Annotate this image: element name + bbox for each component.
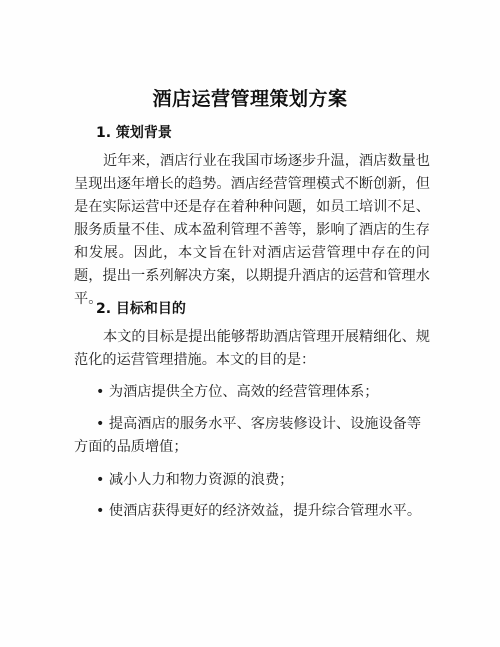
list-item: • 减小人力和物力资源的浪费； [74,469,430,492]
section-paragraph-goals: 本文的目标是提出能够帮助酒店管理开展精细化、规范化的运营管理措施。本文的目的是： [74,326,430,372]
document-page: 酒店运营管理策划方案 1. 策划背景 近年来，酒店行业在我国市场逐步升温，酒店数… [0,0,500,647]
section-paragraph-background: 近年来，酒店行业在我国市场逐步升温，酒店数量也呈现出逐年增长的趋势。酒店经营管理… [74,150,430,311]
list-item: • 为酒店提供全方位、高效的经营管理体系； [74,381,430,404]
document-title: 酒店运营管理策划方案 [0,84,500,111]
list-item: • 使酒店获得更好的经济效益，提升综合管理水平。 [74,500,430,523]
section-heading-background: 1. 策划背景 [96,122,172,142]
list-item: • 提高酒店的服务水平、客房装修设计、设施设备等方面的品质增值； [74,413,430,459]
section-heading-goals: 2. 目标和目的 [96,298,186,318]
